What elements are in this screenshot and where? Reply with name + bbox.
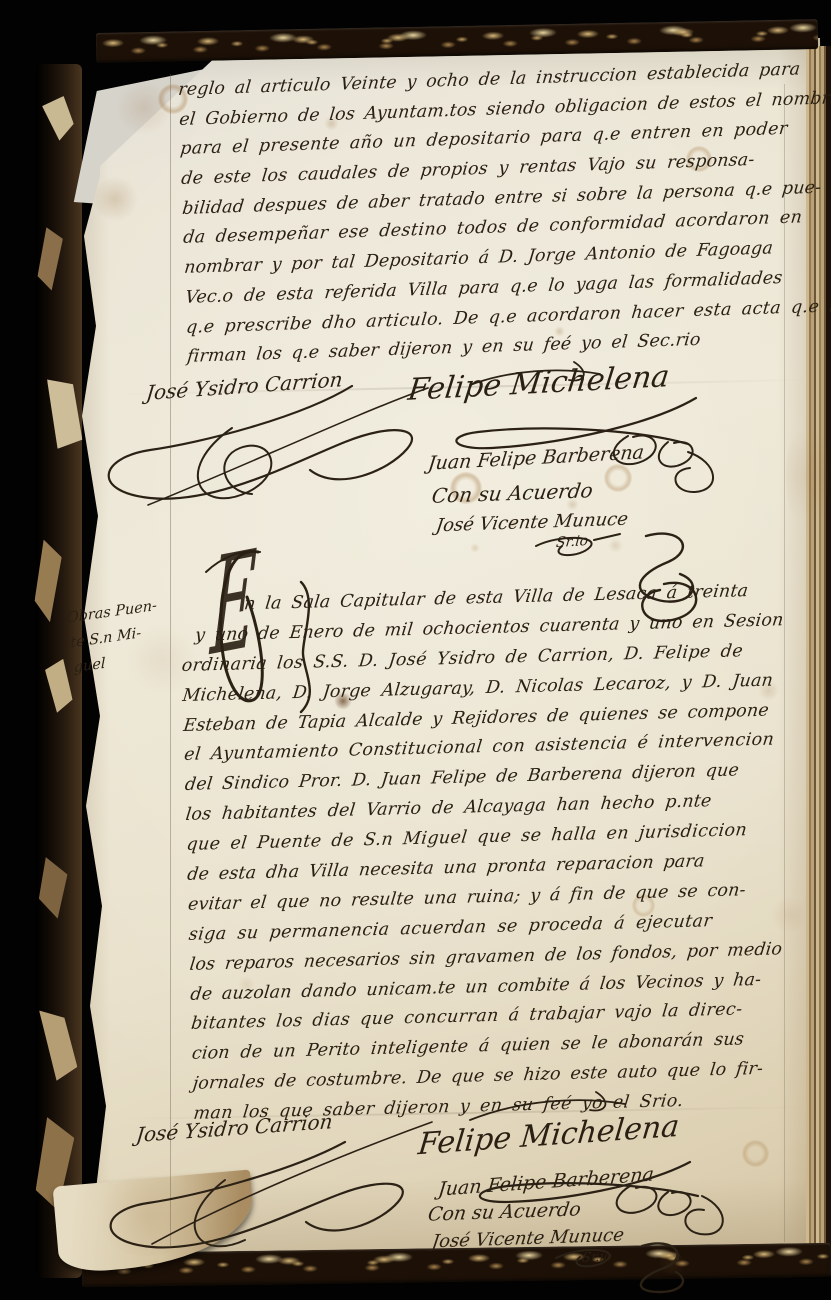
entry-2-text: n la Sala Capitular de esta Villa de Les… (180, 579, 831, 1134)
entry-1-text: reglo al articulo Veinte y ocho de la in… (178, 59, 827, 377)
margin-note: Obras Puen- te S.n Mi- guel (65, 594, 165, 681)
secretary-abbreviation-2: Sr.io (582, 1249, 613, 1266)
manuscript-photo: reglo al articulo Veinte y ocho de la in… (0, 0, 831, 1300)
secretary-abbreviation-1: Sr.io (555, 533, 588, 551)
